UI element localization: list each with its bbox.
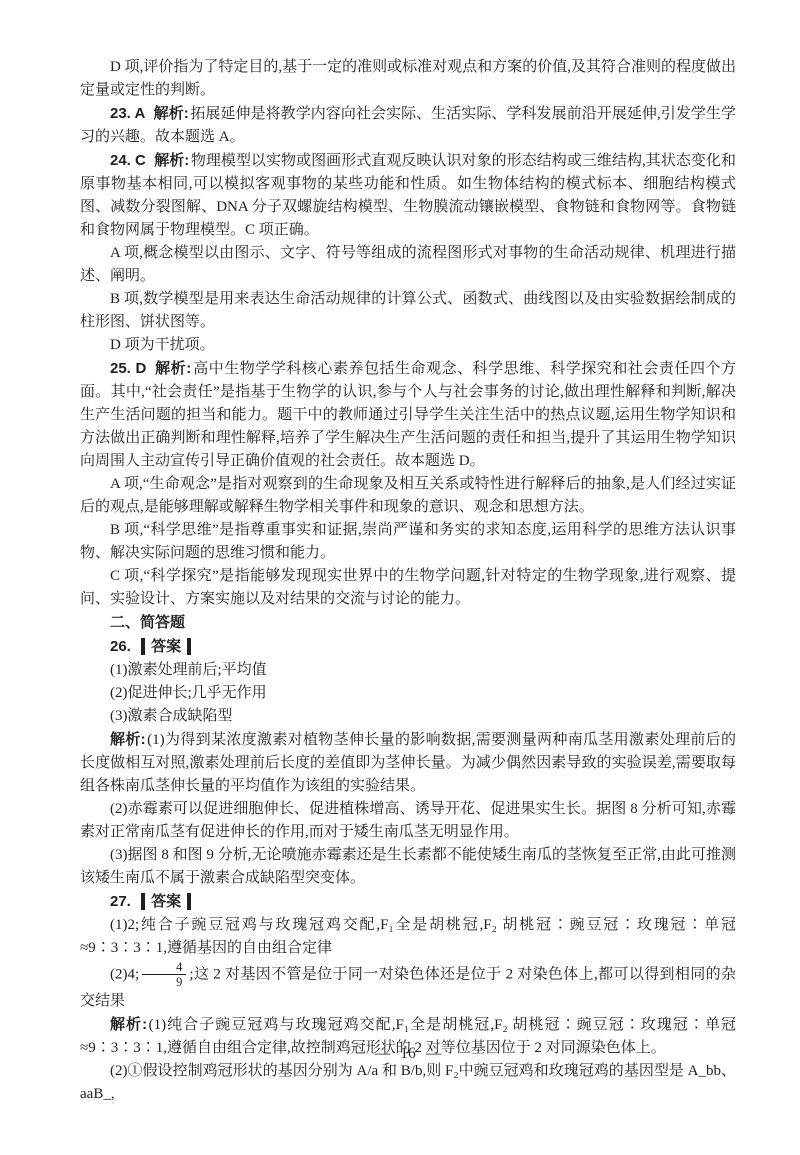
answer-25: 25. D解析:高中生物学学科核心素养包括生命观念、科学思维、科学探究和社会责任… — [80, 357, 736, 473]
text-run: B 项,数学模型是用来表达生命活动规律的计算公式、函数式、曲线图以及由实验数据绘… — [80, 291, 736, 330]
footer-right-dash: — — [426, 1045, 442, 1062]
text-run: B 项,“科学思维”是指尊重事实和证据,崇尚严谨和务实的求知态度,运用科学的思维… — [80, 522, 736, 561]
text-run: C 项,“科学探究”是指能够发现现实世界中的生物学问题,针对特定的生物学现象,进… — [80, 568, 736, 607]
text-run: (2)①假设控制鸡冠形状的基因分别为 A/a 和 B/b,则 F₂中豌豆冠鸡和玫… — [80, 1063, 736, 1102]
question-number: 23. A — [110, 105, 145, 122]
option-d-24: D 项为干扰项。 — [80, 334, 736, 357]
answer-26-item-3: (3)激素合成缺陷型 — [80, 705, 736, 728]
text-run: D 项,评价指为了特定目的,基于一定的准则或标准对观点和方案的价值,及其符合准则… — [80, 59, 736, 98]
analysis-label: 解析: — [110, 1016, 147, 1033]
option-b-24: B 项,数学模型是用来表达生命活动规律的计算公式、函数式、曲线图以及由实验数据绘… — [80, 288, 736, 334]
page-number: 16 — [400, 1045, 416, 1062]
option-d-note-22: D 项,评价指为了特定目的,基于一定的准则或标准对观点和方案的价值,及其符合准则… — [80, 56, 736, 102]
analysis-26-2: (2)赤霉素可以促进细胞伸长、促进植株增高、诱导开花、促进果实生长。据图 8 分… — [80, 798, 736, 844]
text-run: A 项,概念模型以由图示、文字、符号等组成的流程图形式对事物的生命活动规律、机理… — [80, 245, 736, 284]
answer-27-item-1: (1)2;纯合子豌豆冠鸡与玫瑰冠鸡交配,F₁全是胡桃冠,F₂ 胡桃冠∶豌豆冠∶玫… — [80, 914, 736, 960]
text-run: D 项为干扰项。 — [110, 337, 215, 353]
fraction: 49 — [142, 960, 186, 990]
option-c-25: C 项,“科学探究”是指能够发现现实世界中的生物学问题,针对特定的生物学现象,进… — [80, 565, 736, 611]
answer-26-item-2: (2)促进伸长;几乎无作用 — [80, 682, 736, 705]
text-run: (2)促进伸长;几乎无作用 — [110, 685, 267, 701]
text-run: (3)据图 8 和图 9 分析,无论喷施赤霉素还是生长素都不能使矮生南瓜的茎恢复… — [80, 847, 736, 886]
footer-left-dash: — — [375, 1045, 391, 1062]
question-number: 25. D — [110, 360, 146, 377]
analysis-label: 解析: — [155, 360, 192, 377]
option-a-24: A 项,概念模型以由图示、文字、符号等组成的流程图形式对事物的生命活动规律、机理… — [80, 242, 736, 288]
analysis-26-1: 解析:(1)为得到某浓度激素对植物茎伸长量的影响数据,需要测量两种南瓜茎用激素处… — [80, 728, 736, 798]
analysis-label: 解析: — [154, 105, 189, 122]
fraction-denominator: 9 — [142, 974, 186, 989]
answer-27-item-2: (2)4;49;这 2 对基因不管是位于同一对染色体还是位于 2 对染色体上,都… — [80, 960, 736, 1013]
option-b-25: B 项,“科学思维”是指尊重事实和证据,崇尚严谨和务实的求知态度,运用科学的思维… — [80, 519, 736, 565]
text-run: A 项,“生命观念”是指对观察到的生命现象及相互关系或特性进行解释后的抽象,是人… — [80, 476, 736, 515]
analysis-label: 解析: — [110, 731, 146, 748]
analysis-26-3: (3)据图 8 和图 9 分析,无论喷施赤霉素还是生长素都不能使矮生南瓜的茎恢复… — [80, 844, 736, 890]
answer-badge: 答案 — [141, 638, 191, 655]
answer-26-header: 26.答案 — [80, 635, 736, 659]
question-number: 27. — [110, 893, 131, 910]
text-run: (1)2;纯合子豌豆冠鸡与玫瑰冠鸡交配,F₁全是胡桃冠,F₂ 胡桃冠∶豌豆冠∶玫… — [80, 917, 736, 956]
text-run: (1)激素处理前后;平均值 — [110, 662, 267, 678]
section-heading: 二、简答题 — [80, 611, 736, 635]
text-run: (2)赤霉素可以促进细胞伸长、促进植株增高、诱导开花、促进果实生长。据图 8 分… — [80, 801, 736, 840]
answer-27-header: 27.答案 — [80, 890, 736, 914]
page-footer: —16— — [80, 1046, 736, 1062]
answer-26-item-1: (1)激素处理前后;平均值 — [80, 659, 736, 682]
answer-24: 24. C解析:物理模型以实物或图画形式直观反映认识对象的形态结构或三维结构,其… — [80, 149, 736, 242]
option-a-25: A 项,“生命观念”是指对观察到的生命现象及相互关系或特性进行解释后的抽象,是人… — [80, 473, 736, 519]
analysis-label: 解析: — [154, 152, 189, 169]
section-heading-text: 二、简答题 — [110, 614, 185, 631]
question-number: 26. — [110, 638, 131, 655]
text-run: 高中生物学学科核心素养包括生命观念、科学思维、科学探究和社会责任四个方面。其中,… — [80, 361, 736, 469]
document-body: D 项,评价指为了特定目的,基于一定的准则或标准对观点和方案的价值,及其符合准则… — [80, 56, 736, 1106]
question-number: 24. C — [110, 152, 146, 169]
analysis-27-2: (2)①假设控制鸡冠形状的基因分别为 A/a 和 B/b,则 F₂中豌豆冠鸡和玫… — [80, 1060, 736, 1106]
answer-23: 23. A解析:拓展延伸是将教学内容向社会实际、生活实际、学科发展前沿开展延伸,… — [80, 102, 736, 149]
answer-badge: 答案 — [141, 893, 191, 910]
text-run: (2)4; — [110, 966, 139, 982]
document-page: D 项,评价指为了特定目的,基于一定的准则或标准对观点和方案的价值,及其符合准则… — [0, 0, 800, 1155]
text-run: (3)激素合成缺陷型 — [110, 708, 233, 724]
text-run: (1)为得到某浓度激素对植物茎伸长量的影响数据,需要测量两种南瓜茎用激素处理前后… — [80, 732, 736, 794]
fraction-numerator: 4 — [142, 960, 186, 974]
